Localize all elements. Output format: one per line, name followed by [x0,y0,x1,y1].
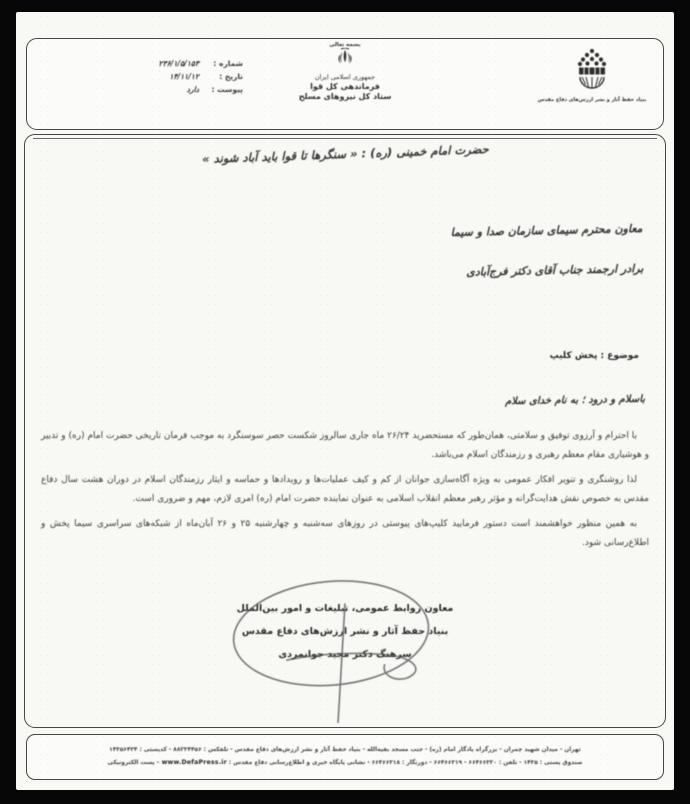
footer-address-box: تهران - میدان شهید چمران - بزرگراه یادگا… [26,734,664,780]
letter-body-box: حضرت امام خمینی (ره) : « سنگرها تا قوا ب… [24,134,666,728]
letter-paragraphs: با احترام و آرزوی توفیق و سلامتی، همان‌ط… [41,427,649,559]
ref-row-attachment: پیوست : دارد [43,85,243,94]
foundation-logo-caption: بنیاد حفظ آثار و نشر ارزش‌های دفاع مقدس [537,97,647,103]
foundation-logo-block: بنیاد حفظ آثار و نشر ارزش‌های دفاع مقدس [537,47,647,103]
addressee-line-2: برادر ارجمند جناب آقای دکتر فرج‌آبادی [451,249,644,293]
addressee-block: معاون محترم سیمای سازمان صدا و سیما براد… [450,209,644,293]
footer-line2-text: صندوق پستی : ۱۴۳۵ - تلفن : ۶۶۴۶۶۳۲۰ - ۶۶… [229,760,583,766]
salutation-line: باسلام و درود ؛ به نام خدای سلام [505,394,645,407]
signature-name-line: سرهنگ دکتر مجید جوانمردی [25,643,665,666]
ref-number-value: ۲۳۶/۱/۵/۱۵۳ [159,59,199,68]
handwritten-quote: حضرت امام خمینی (ره) : « سنگرها تا قوا ب… [114,139,575,169]
footer-line2-suffix: - پست الکترونیکی [107,760,159,766]
ref-date-value: ۱۴/۱۱/۱۲ [169,72,199,81]
letter-paragraph: با احترام و آرزوی توفیق و سلامتی، همان‌ط… [41,427,649,465]
ref-row-number: شماره : ۲۳۶/۱/۵/۱۵۳ [43,59,243,68]
subject-line: موضوع : پخش کلیپ [550,351,639,361]
general-command-title: فرماندهی کل قوا [235,82,455,91]
country-title: جمهوری اسلامی ایران [235,73,455,81]
website-text: www.DefaPress.ir [162,759,227,766]
letter-paragraph: به همین منظور خواهشمند است دستور فرمایید… [41,515,649,553]
bismillah-text: بسمه تعالی [235,42,455,48]
reference-fields: شماره : ۲۳۶/۱/۵/۱۵۳ تاریخ : ۱۴/۱۱/۱۲ پیو… [43,55,243,98]
footer-line-2: صندوق پستی : ۱۴۳۵ - تلفن : ۶۶۴۶۶۳۲۰ - ۶۶… [46,758,644,769]
iran-emblem-icon [335,48,355,72]
general-staff-title: ستاد کل نیروهای مسلح [235,92,455,101]
foundation-logo-icon [572,47,612,95]
signature-org-line: بنیاد حفظ آثار و نشر ارزش‌های دفاع مقدس [25,620,665,643]
addressee-line-1: معاون محترم سیمای سازمان صدا و سیما [450,209,643,253]
scanned-letter: { "colors": { "paper": "#f8f8f5", "ink":… [0,0,690,804]
letter-paragraph: لذا روشنگری و تنویر افکار عمومی به ویژه … [41,471,649,509]
signature-title-line: معاون روابط عمومی، تبلیغات و امور بین‌ال… [25,597,665,620]
letter-page: شماره : ۲۳۶/۱/۵/۱۵۳ تاریخ : ۱۴/۱۱/۱۲ پیو… [16,12,674,790]
signature-block: معاون روابط عمومی، تبلیغات و امور بین‌ال… [25,597,665,666]
letterhead-box: شماره : ۲۳۶/۱/۵/۱۵۳ تاریخ : ۱۴/۱۱/۱۲ پیو… [26,38,664,130]
footer-line-1: تهران - میدان شهید چمران - بزرگراه یادگا… [46,746,644,756]
ref-row-date: تاریخ : ۱۴/۱۱/۱۲ [43,72,243,81]
ref-attachment-value: دارد [187,85,199,94]
letterhead-center: بسمه تعالی جمهوری اسلامی ایران فرماندهی … [235,42,455,101]
